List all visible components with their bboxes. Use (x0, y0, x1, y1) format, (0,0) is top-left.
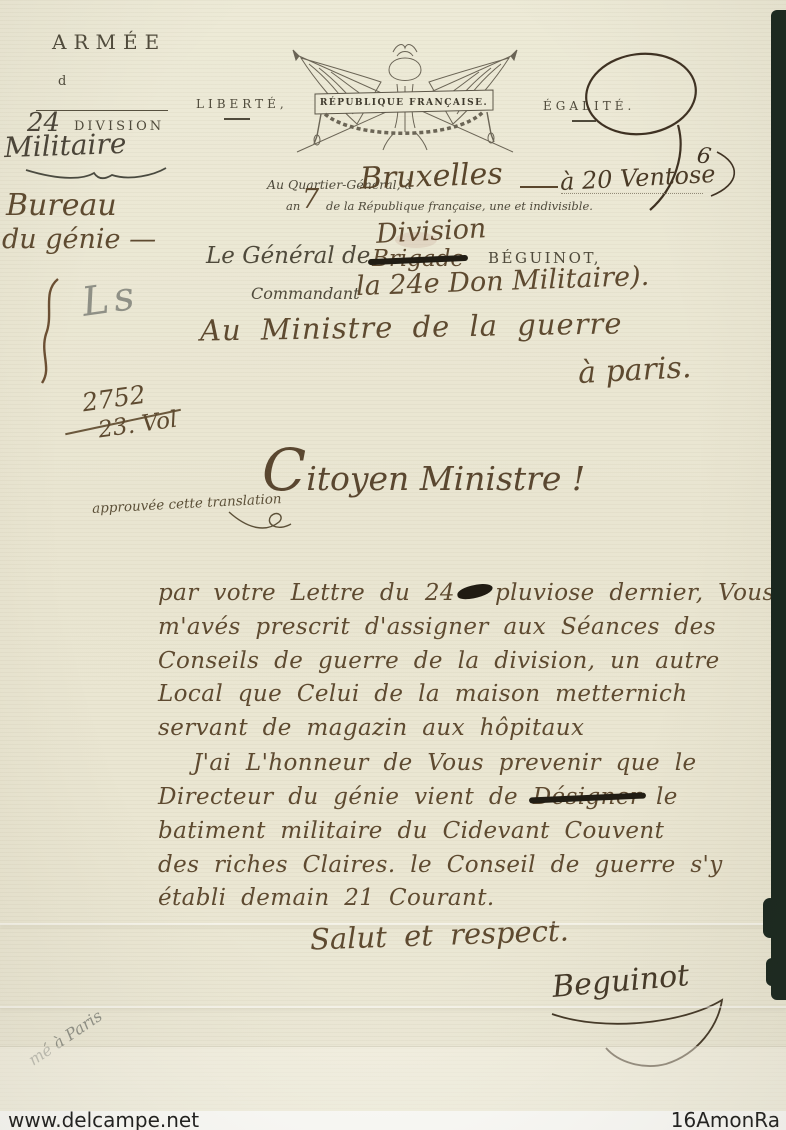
bureau-line1: Bureau (6, 188, 117, 223)
militaire-underline-flourish (22, 163, 170, 185)
hq-place-dash (520, 186, 558, 188)
scan-background-edge (771, 10, 786, 1000)
body-line-7-crossed: Désigner (533, 784, 642, 810)
body-line-10: établi demain 21 Courant. (158, 885, 495, 911)
body-line-5: servant de magazin aux hôpitaux (158, 715, 584, 741)
division-militaire-ms: Militaire (3, 127, 126, 164)
watermark-right: 16AmonRa (671, 1111, 780, 1130)
an-number-manuscript: 7 (302, 184, 319, 215)
paper-stain (395, 232, 437, 248)
body-line-7b: le (656, 784, 678, 810)
body-line-1a: par votre Lettre du 24 (158, 580, 455, 606)
approval-flourish (225, 506, 303, 536)
scan-edge-notch-2 (766, 958, 778, 986)
body-line-7a: Directeur du génie vient de (158, 784, 518, 810)
body-line-6: J'ai L'honneur de Vous prevenir que le (193, 750, 697, 776)
body-line-9: des riches Claires. le Conseil de guerre… (158, 852, 723, 878)
postal-mark-9 (578, 48, 708, 223)
margin-brace-flourish (36, 276, 64, 386)
armee-heading: ARMÉE (52, 30, 166, 54)
body-line-1: par votre Lettre du 24pluviose dernier, … (158, 580, 775, 606)
liberte-label: LIBERTÉ, (196, 97, 288, 111)
signature-flourish (548, 996, 733, 1071)
body-line-2: m'avés prescrit d'assigner aux Séances d… (158, 614, 716, 640)
pencil-note: mé à Paris (25, 1006, 106, 1069)
emblem-banner-text: RÉPUBLIQUE FRANÇAISE. (318, 98, 490, 108)
liberte-dash (224, 118, 250, 120)
salutation: Citoyen Ministre ! (262, 436, 682, 504)
ink-blot (456, 582, 494, 601)
an-word: an (286, 199, 300, 213)
body-line-4: Local que Celui de la maison metternich (158, 681, 688, 707)
letter-scan: ARMÉE d 24 DIVISION Militaire Bureau du … (0, 0, 786, 1130)
watermark-left: www.delcampe.net (8, 1111, 199, 1130)
body-line-7: Directeur du génie vient de Désigner le (158, 784, 678, 810)
bureau-line2: du génie — (2, 224, 156, 255)
an-rest: de la République française, une et indiv… (326, 199, 593, 213)
addressee-line: Au Ministre de la guerre (200, 306, 623, 347)
body-line-8: batiment militaire du Cidevant Couvent (158, 818, 664, 844)
closing-line: Salut et respect. (309, 913, 569, 956)
hq-place-manuscript: Bruxelles (359, 157, 503, 197)
addressee-place: à paris. (577, 350, 692, 391)
general-printed: Le Général de (206, 243, 370, 269)
scan-edge-notch-1 (763, 898, 777, 938)
margin-code: Ls (79, 272, 142, 325)
body-line-3: Conseils de guerre de la division, un au… (158, 648, 720, 674)
de-letter: d (58, 74, 66, 89)
body-line-1b: pluviose dernier, Vous (495, 580, 775, 606)
date-rule (561, 193, 703, 194)
watermark-band: www.delcampe.net 16AmonRa (0, 1111, 786, 1130)
commandant-printed: Commandant (251, 284, 360, 303)
